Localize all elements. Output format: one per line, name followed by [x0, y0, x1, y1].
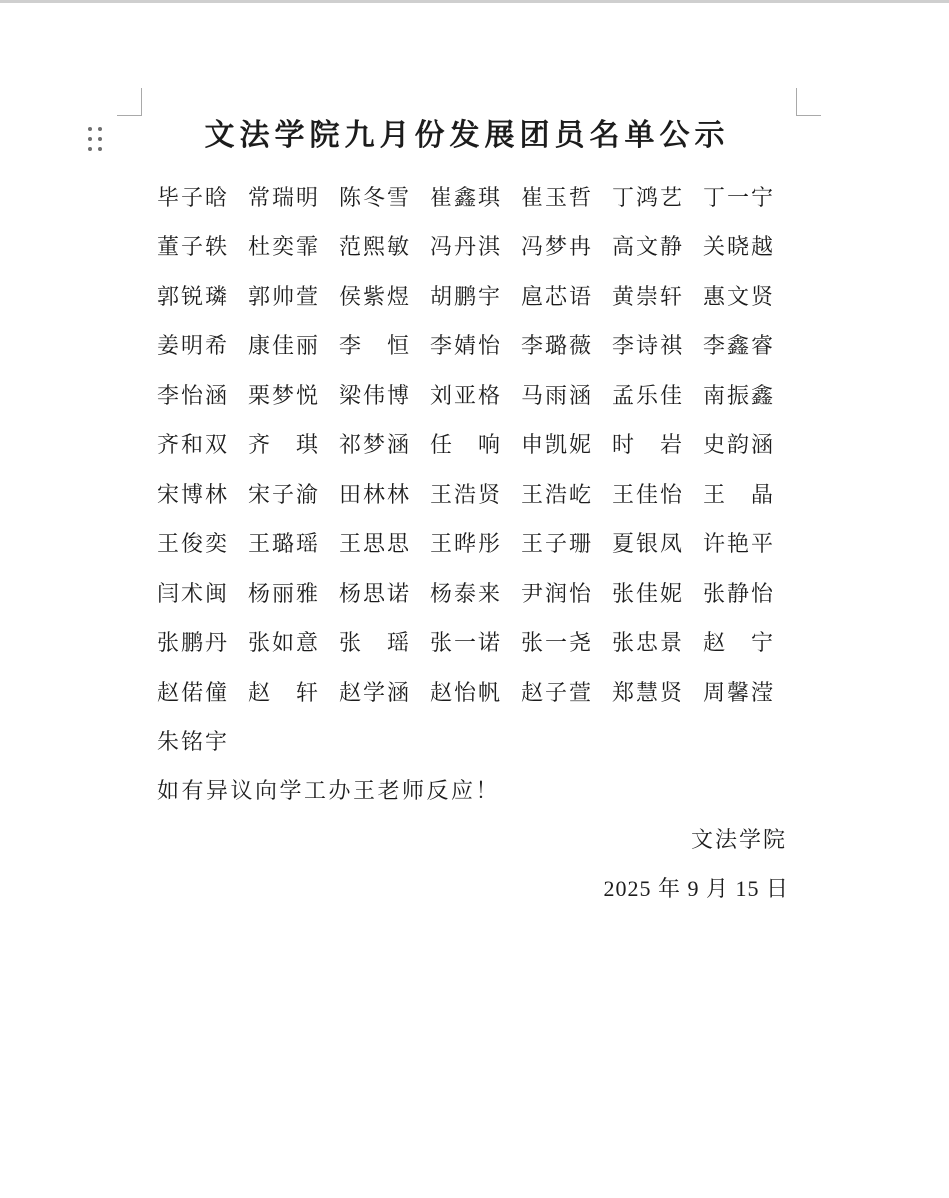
member-name[interactable]: 田林林 — [339, 470, 430, 520]
member-name[interactable]: 张静怡 — [703, 569, 794, 619]
member-name[interactable]: 栗梦悦 — [248, 371, 339, 421]
member-name[interactable]: 丁鸿艺 — [612, 173, 703, 223]
member-name[interactable]: 杨思诺 — [339, 569, 430, 619]
member-name[interactable]: 关晓越 — [703, 222, 794, 272]
name-row: 宋博林宋子渝田林林王浩贤王浩屹王佳怡王 晶 — [0, 469, 949, 519]
objection-remark[interactable]: 如有异议向学工办王老师反应！ — [157, 766, 500, 816]
member-name[interactable]: 陈冬雪 — [339, 173, 430, 223]
text-boundary-corner-right-icon — [796, 88, 821, 116]
member-name[interactable]: 王俊奕 — [157, 519, 248, 569]
member-name[interactable]: 张鹏丹 — [157, 618, 248, 668]
member-name[interactable]: 张一诺 — [430, 618, 521, 668]
member-name[interactable]: 郭帅萱 — [248, 272, 339, 322]
page-top-edge — [0, 0, 949, 3]
member-name[interactable]: 杨泰来 — [430, 569, 521, 619]
member-name[interactable]: 范熙敏 — [339, 222, 430, 272]
name-row: 赵偌僮赵 轩赵学涵赵怡帆赵子萱郑慧贤周馨滢 — [0, 667, 949, 717]
date-line[interactable]: 2025 年 9 月 15 日 — [0, 864, 949, 914]
member-name[interactable]: 崔玉哲 — [521, 173, 612, 223]
member-name[interactable]: 李婧怡 — [430, 321, 521, 371]
member-name[interactable]: 赵 宁 — [703, 618, 794, 668]
member-name[interactable]: 惠文贤 — [703, 272, 794, 322]
text-boundary-corner-left-icon — [117, 88, 142, 116]
member-name[interactable]: 黄崇轩 — [612, 272, 703, 322]
member-rows: 毕子晗常瑞明陈冬雪崔鑫琪崔玉哲丁鸿艺丁一宁董子轶杜奕霏范熙敏冯丹淇冯梦冉高文静关… — [0, 172, 949, 766]
member-name[interactable]: 常瑞明 — [248, 173, 339, 223]
signature-line[interactable]: 文法学院 — [0, 815, 949, 865]
member-name[interactable]: 朱铭宇 — [157, 717, 248, 767]
member-name[interactable]: 史韵涵 — [703, 420, 794, 470]
member-name[interactable]: 张佳妮 — [612, 569, 703, 619]
member-name[interactable]: 冯丹淇 — [430, 222, 521, 272]
member-name[interactable]: 侯紫煜 — [339, 272, 430, 322]
member-name[interactable]: 赵 轩 — [248, 668, 339, 718]
member-name[interactable]: 张如意 — [248, 618, 339, 668]
name-row: 朱铭宇 — [0, 717, 949, 767]
member-name[interactable]: 南振鑫 — [703, 371, 794, 421]
member-name[interactable]: 王子珊 — [521, 519, 612, 569]
member-name[interactable]: 任 响 — [430, 420, 521, 470]
member-name[interactable]: 宋博林 — [157, 470, 248, 520]
member-name[interactable]: 王浩屹 — [521, 470, 612, 520]
member-name[interactable]: 王佳怡 — [612, 470, 703, 520]
member-name[interactable]: 梁伟博 — [339, 371, 430, 421]
member-name[interactable]: 张忠景 — [612, 618, 703, 668]
member-name[interactable]: 张 瑶 — [339, 618, 430, 668]
name-row: 齐和双齐 琪祁梦涵任 响申凯妮时 岩史韵涵 — [0, 420, 949, 470]
member-name[interactable]: 祁梦涵 — [339, 420, 430, 470]
member-name[interactable]: 冯梦冉 — [521, 222, 612, 272]
name-row: 姜明希康佳丽李 恒李婧怡李璐薇李诗祺李鑫睿 — [0, 321, 949, 371]
member-name[interactable]: 赵怡帆 — [430, 668, 521, 718]
member-name[interactable]: 赵学涵 — [339, 668, 430, 718]
member-name[interactable]: 李鑫睿 — [703, 321, 794, 371]
member-name[interactable]: 姜明希 — [157, 321, 248, 371]
member-name[interactable]: 齐和双 — [157, 420, 248, 470]
member-name[interactable]: 扈芯语 — [521, 272, 612, 322]
document-title[interactable]: 文法学院九月份发展团员名单公示 — [117, 113, 817, 159]
member-name[interactable]: 李璐薇 — [521, 321, 612, 371]
name-row: 董子轶杜奕霏范熙敏冯丹淇冯梦冉高文静关晓越 — [0, 222, 949, 272]
member-name[interactable]: 王浩贤 — [430, 470, 521, 520]
member-name[interactable]: 董子轶 — [157, 222, 248, 272]
member-name[interactable]: 赵偌僮 — [157, 668, 248, 718]
member-name[interactable]: 丁一宁 — [703, 173, 794, 223]
member-name[interactable]: 赵子萱 — [521, 668, 612, 718]
member-name[interactable]: 王璐瑶 — [248, 519, 339, 569]
member-name[interactable]: 周馨滢 — [703, 668, 794, 718]
name-row: 王俊奕王璐瑶王思思王晔彤王子珊夏银凤许艳平 — [0, 519, 949, 569]
member-name[interactable]: 马雨涵 — [521, 371, 612, 421]
member-name[interactable]: 王思思 — [339, 519, 430, 569]
member-name[interactable]: 王 晶 — [703, 470, 794, 520]
member-name[interactable]: 尹润怡 — [521, 569, 612, 619]
member-name[interactable]: 李 恒 — [339, 321, 430, 371]
member-name[interactable]: 宋子渝 — [248, 470, 339, 520]
member-name[interactable]: 李怡涵 — [157, 371, 248, 421]
member-name[interactable]: 郑慧贤 — [612, 668, 703, 718]
member-name[interactable]: 高文静 — [612, 222, 703, 272]
member-name[interactable]: 郭锐璘 — [157, 272, 248, 322]
member-name[interactable]: 杨丽雅 — [248, 569, 339, 619]
member-name[interactable]: 胡鹏宇 — [430, 272, 521, 322]
member-name[interactable]: 时 岩 — [612, 420, 703, 470]
member-name[interactable]: 王晔彤 — [430, 519, 521, 569]
name-row: 李怡涵栗梦悦梁伟博刘亚格马雨涵孟乐佳南振鑫 — [0, 370, 949, 420]
member-name[interactable]: 申凯妮 — [521, 420, 612, 470]
paragraph-drag-handle-icon[interactable] — [88, 127, 102, 151]
member-name[interactable]: 许艳平 — [703, 519, 794, 569]
name-row: 毕子晗常瑞明陈冬雪崔鑫琪崔玉哲丁鸿艺丁一宁 — [0, 172, 949, 222]
member-name[interactable]: 崔鑫琪 — [430, 173, 521, 223]
member-name[interactable]: 毕子晗 — [157, 173, 248, 223]
member-name[interactable]: 杜奕霏 — [248, 222, 339, 272]
name-row: 张鹏丹张如意张 瑶张一诺张一尧张忠景赵 宁 — [0, 618, 949, 668]
member-name[interactable]: 刘亚格 — [430, 371, 521, 421]
member-name[interactable]: 张一尧 — [521, 618, 612, 668]
member-name[interactable]: 李诗祺 — [612, 321, 703, 371]
name-row: 郭锐璘郭帅萱侯紫煜胡鹏宇扈芯语黄崇轩惠文贤 — [0, 271, 949, 321]
name-row: 闫术闽杨丽雅杨思诺杨泰来尹润怡张佳妮张静怡 — [0, 568, 949, 618]
member-name[interactable]: 孟乐佳 — [612, 371, 703, 421]
member-name[interactable]: 康佳丽 — [248, 321, 339, 371]
member-name[interactable]: 齐 琪 — [248, 420, 339, 470]
member-name[interactable]: 夏银凤 — [612, 519, 703, 569]
member-name[interactable]: 闫术闽 — [157, 569, 248, 619]
